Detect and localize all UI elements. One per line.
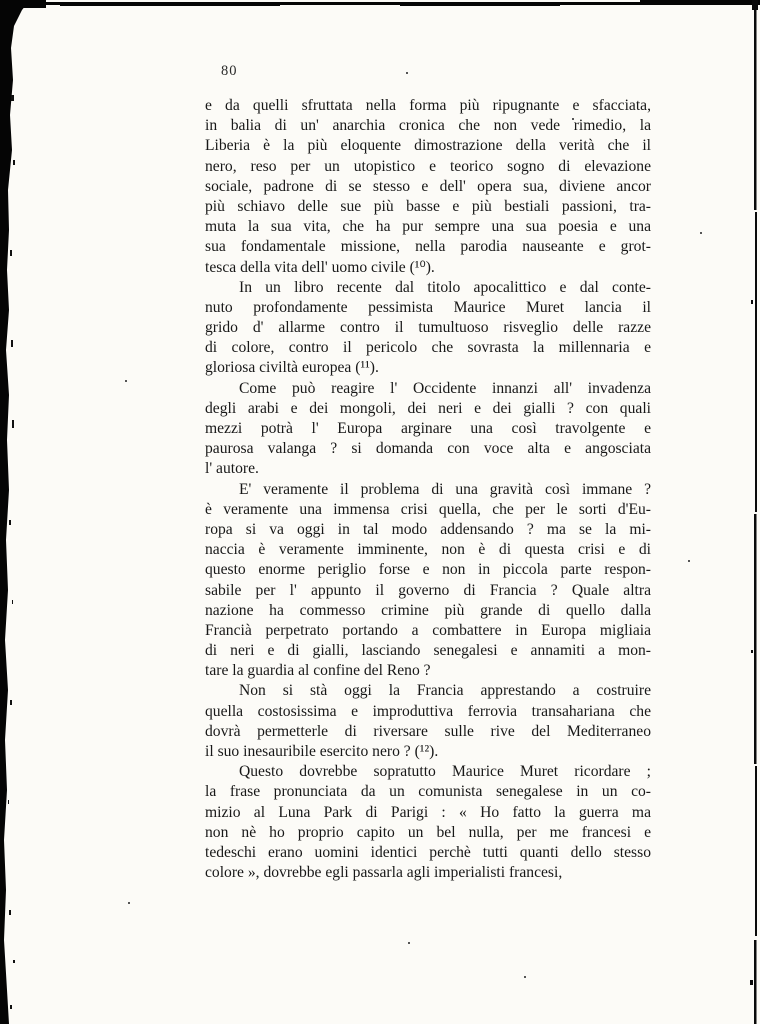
paragraph: Questo dovrebbe sopratutto Maurice Muret…: [205, 762, 651, 883]
text-line: Francià perpetrato portando a combattere…: [205, 621, 651, 641]
text-line: E' veramente il problema di una gravità …: [205, 480, 651, 500]
text-line: grido d' allarme contro il tumultuoso ri…: [205, 318, 651, 338]
text-line: più schiavo delle sue più basse e più be…: [205, 197, 651, 217]
text-line: colore », dovrebbe egli passarla agli im…: [205, 863, 651, 883]
text-line: mezzi potrà l' Europa arginare una così …: [205, 419, 651, 439]
text-line: sua fondamentale missione, nella parodia…: [205, 237, 651, 257]
scan-edge-right: [750, 0, 758, 1024]
text-line: dovrà permetterle di riversare sulle riv…: [205, 722, 651, 742]
text-line: tare la guardia al confine del Reno ?: [205, 661, 651, 681]
text-line: quella costosissima e improduttiva ferro…: [205, 702, 651, 722]
text-line: Come può reagire l' Occidente innanzi al…: [205, 379, 651, 399]
text-line: muta la sua vita, che ha pur sempre una …: [205, 217, 651, 237]
text-line: tesca della vita dell' uomo civile (¹⁰).: [205, 258, 651, 278]
text-line: in balia di un' anarchia cronica che non…: [205, 116, 651, 136]
text-line: Non si stà oggi la Francia apprestando a…: [205, 681, 651, 701]
text-line: sociale, padrone di se stesso e dell' op…: [205, 177, 651, 197]
text-line: e da quelli sfruttata nella forma più ri…: [205, 96, 651, 116]
text-line: Questo dovrebbe sopratutto Maurice Muret…: [205, 762, 651, 782]
text-line: sabile per l' appunto il governo di Fran…: [205, 581, 651, 601]
text-line: ropa si va oggi in tal modo addensando ?…: [205, 520, 651, 540]
text-line: tedeschi erano uomini identici perchè tu…: [205, 843, 651, 863]
paragraph: E' veramente il problema di una gravità …: [205, 480, 651, 682]
text-line: degli arabi e dei mongoli, dei neri e de…: [205, 399, 651, 419]
scan-edge-left: [0, 0, 30, 1024]
text-line: di neri e di gialli, lasciando senegales…: [205, 641, 651, 661]
text-line: non nè ho proprio capito un bel nulla, p…: [205, 823, 651, 843]
paragraph: Non si stà oggi la Francia apprestando a…: [205, 681, 651, 762]
paragraph: Come può reagire l' Occidente innanzi al…: [205, 379, 651, 480]
text-line: il suo inesauribile esercito nero ? (¹²)…: [205, 742, 651, 762]
book-page: 80 e da quelli sfruttata nella forma più…: [0, 0, 760, 1024]
text-line: nuto profondamente pessimista Maurice Mu…: [205, 298, 651, 318]
text-line: Liberia è la più eloquente dimostrazione…: [205, 136, 651, 156]
text-line: l' autore.: [205, 459, 651, 479]
text-line: la frase pronunciata da un comunista sen…: [205, 782, 651, 802]
text-line: In un libro recente dal titolo apocalitt…: [205, 278, 651, 298]
text-line: paurosa valanga ? si domanda con voce al…: [205, 439, 651, 459]
paragraph: e da quelli sfruttata nella forma più ri…: [205, 96, 651, 278]
text-line: di colore, contro il pericolo che sovras…: [205, 338, 651, 358]
text-line: gloriosa civiltà europea (¹¹).: [205, 358, 651, 378]
text-line: naccia è veramente imminente, non è di q…: [205, 540, 651, 560]
text-line: nero, reso per un utopistico e teorico s…: [205, 157, 651, 177]
text-line: nazione ha commesso crimine più grande d…: [205, 601, 651, 621]
paragraph: In un libro recente dal titolo apocalitt…: [205, 278, 651, 379]
scan-edge-top: [0, 0, 760, 8]
text-line: è veramente una immensa crisi quella, ch…: [205, 500, 651, 520]
text-line: questo enorme periglio forse e non in pi…: [205, 560, 651, 580]
text-block: e da quelli sfruttata nella forma più ri…: [205, 96, 651, 883]
page-number: 80: [221, 63, 238, 80]
scan-edge-left-speckle: [8, 95, 15, 1009]
text-line: mizio al Luna Park di Parigi : « Ho fatt…: [205, 803, 651, 823]
